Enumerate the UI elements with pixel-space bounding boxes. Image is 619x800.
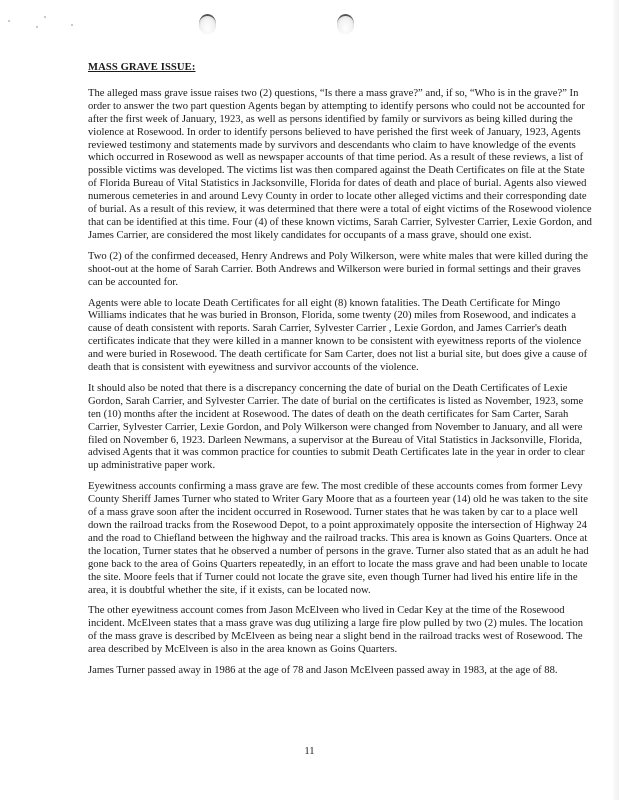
section-heading: MASS GRAVE ISSUE: bbox=[88, 62, 593, 75]
speck bbox=[71, 24, 73, 26]
paragraph-mcelveen-account: The other eyewitness account comes from … bbox=[88, 605, 593, 657]
paragraph-burial-discrepancy: It should also be noted that there is a … bbox=[88, 383, 593, 473]
paragraph-witness-deaths: James Turner passed away in 1986 at the … bbox=[88, 665, 593, 678]
paragraph-turner-account: Eyewitness accounts confirming a mass gr… bbox=[88, 481, 593, 597]
paragraph-intro: The alleged mass grave issue raises two … bbox=[88, 88, 593, 243]
paragraph-white-victims: Two (2) of the confirmed deceased, Henry… bbox=[88, 251, 593, 290]
paragraph-death-certificates: Agents were able to locate Death Certifi… bbox=[88, 298, 593, 375]
speck bbox=[8, 20, 10, 22]
scan-edge bbox=[613, 0, 619, 800]
punch-hole-right bbox=[337, 14, 354, 34]
document-page: MASS GRAVE ISSUE: The alleged mass grave… bbox=[88, 62, 593, 686]
punch-hole-left bbox=[199, 14, 216, 34]
speck bbox=[36, 26, 38, 28]
page-number: 11 bbox=[0, 746, 619, 757]
speck bbox=[44, 16, 46, 18]
scan-specks bbox=[8, 14, 78, 34]
